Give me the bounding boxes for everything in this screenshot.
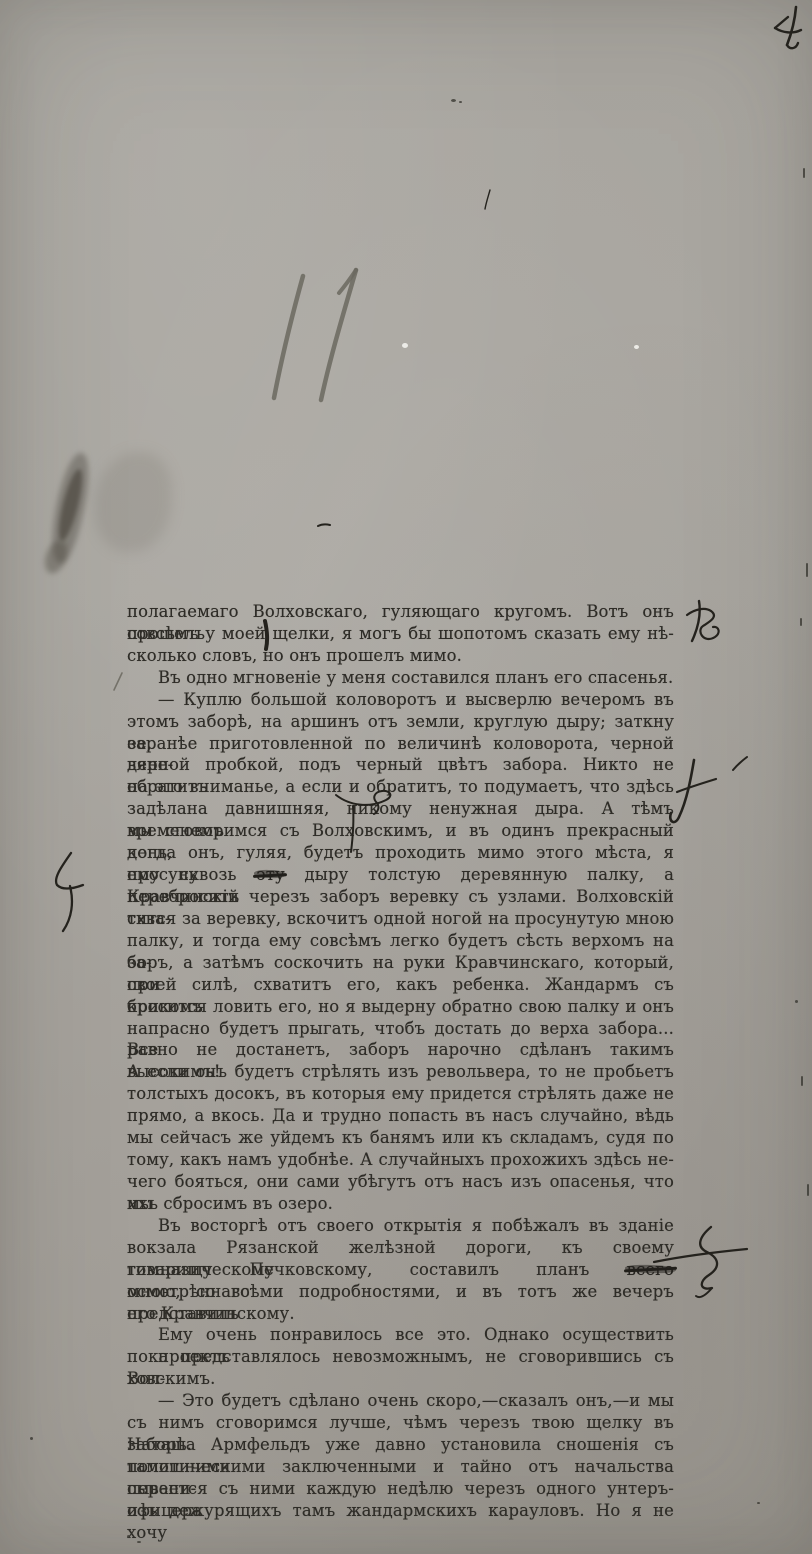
- scanned-document-page: { "annotations": { "corner_ink_number": …: [0, 0, 812, 1554]
- text-line: задѣлана давнишняя, никому ненужная дыра…: [127, 798, 674, 820]
- stray-slash-1: [485, 190, 490, 209]
- text-line: товарищу Печковскому, составилъ планъ вс…: [127, 1259, 674, 1281]
- text-run: сколько словъ, но онъ прошелъ мимо.: [127, 646, 462, 665]
- typeset-text-block: полагаемаго Волховскаго, гуляющаго круго…: [127, 601, 674, 1522]
- text-line: своей силѣ, схватитъ его, какъ ребенка. …: [127, 974, 674, 996]
- text-run: толстыхъ досокъ, въ которыя ему придется…: [127, 1084, 674, 1103]
- ink-smudge-core: [54, 467, 86, 542]
- edge-mark: [806, 563, 808, 577]
- text-line: Наташа Армфельдъ уже давно установила сн…: [127, 1434, 674, 1456]
- paper-fleck: [402, 343, 408, 348]
- text-line: совсѣмъ у моей щелки, я могъ бы шопотомъ…: [127, 623, 674, 645]
- text-run: товарищу Печковскому, составилъ планъ: [127, 1260, 627, 1279]
- text-run: тому, какъ намъ удобнѣе. А случайныхъ пр…: [127, 1150, 674, 1169]
- text-line: полагаемаго Волховскаго, гуляющаго круго…: [127, 601, 674, 623]
- corner-ink-number-7: [775, 7, 801, 48]
- text-run: тится за веревку, вскочитъ одной ногой н…: [127, 909, 674, 928]
- text-run: А если онъ будетъ стрѣлять изъ револьвер…: [127, 1062, 674, 1081]
- text-run: Въ восторгѣ отъ своего открытія я побѣжа…: [158, 1216, 674, 1235]
- text-line: Въ восторгѣ отъ своего открытія я побѣжа…: [127, 1215, 674, 1237]
- text-line: ховскимъ.: [127, 1368, 674, 1390]
- ink-speck: [757, 1502, 760, 1504]
- ink-speck: [30, 1437, 33, 1440]
- text-line: тому, какъ намъ удобнѣе. А случайныхъ пр…: [127, 1149, 674, 1171]
- text-run: совсѣмъ у моей щелки, я могъ бы шопотомъ…: [127, 624, 674, 643]
- edge-mark: [795, 1000, 798, 1003]
- scratched-out-word: эту: [256, 865, 284, 884]
- text-run: изъ дежурящихъ тамъ жандармскихъ карауло…: [127, 1501, 674, 1542]
- ink-speck: [459, 101, 462, 103]
- paper-fleck: [634, 345, 639, 349]
- pencil-page-number-11: [274, 270, 356, 400]
- text-run: ховскимъ.: [127, 1369, 215, 1388]
- text-line: равно не достанетъ, заборъ нарочно сдѣла…: [127, 1039, 674, 1061]
- text-line: чего бояться, они сами убѣгутъ отъ насъ …: [127, 1171, 674, 1193]
- text-line: сывается съ ними каждую недѣлю черезъ од…: [127, 1478, 674, 1500]
- edge-mark: [801, 1076, 803, 1086]
- text-line: мною, со всѣми подробностями, и въ тотъ …: [127, 1281, 674, 1303]
- edge-mark: [807, 1184, 809, 1196]
- ink-squiggle-left: [56, 853, 83, 931]
- edge-mark: [800, 618, 802, 626]
- text-run: прямо, а вкось. Да и трудно попасть въ н…: [127, 1106, 674, 1125]
- edge-mark: [803, 168, 805, 178]
- text-line: А если онъ будетъ стрѣлять изъ револьвер…: [127, 1061, 674, 1083]
- text-line: напрасно будетъ прыгать, чтобъ достать д…: [127, 1018, 674, 1040]
- text-run: его Кравчинскому.: [127, 1304, 295, 1323]
- stray-slash-2: [114, 673, 122, 690]
- text-line: сколько словъ, но онъ прошелъ мимо.: [127, 645, 674, 667]
- text-line: боръ, а затѣмъ соскочить на руки Кравчин…: [127, 952, 674, 974]
- text-line: политическими заключенными и тайно отъ н…: [127, 1456, 674, 1478]
- ink-four-right: [670, 757, 747, 822]
- text-line: изъ дежурящихъ тамъ жандармскихъ карауло…: [127, 1500, 674, 1522]
- text-run: — Это будетъ сдѣлано очень скоро,—сказал…: [158, 1391, 674, 1410]
- text-line: заранѣе приготовленной по величинѣ колов…: [127, 733, 674, 755]
- text-run: ему сквозь: [127, 865, 256, 884]
- text-line: ихъ сбросимъ въ озеро.: [127, 1193, 674, 1215]
- text-line: мы сейчасъ же уйдемъ къ банямъ или къ ск…: [127, 1127, 674, 1149]
- text-line: вянной пробкой, подъ черный цвѣтъ забора…: [127, 754, 674, 776]
- ink-smudge-tail: [41, 538, 71, 577]
- text-line: — Куплю большой коловоротъ и высверлю ве…: [127, 689, 674, 711]
- text-run: мы сейчасъ же уйдемъ къ банямъ или къ ск…: [127, 1128, 674, 1147]
- text-line: когда онъ, гуляя, будетъ проходить мимо …: [127, 842, 674, 864]
- text-line: Ему очень понравилось все это. Однако ос…: [127, 1324, 674, 1346]
- text-line: съ нимъ сговоримся лучше, чѣмъ черезъ тв…: [127, 1412, 674, 1434]
- text-run: ихъ сбросимъ въ озеро.: [127, 1194, 333, 1213]
- text-line: бросится ловить его, но я выдерну обратн…: [127, 996, 674, 1018]
- text-line: этомъ заборѣ, на аршинъ отъ земли, кругл…: [127, 711, 674, 733]
- scratched-out-word: всего: [627, 1260, 674, 1279]
- ink-flourish-right-upper: [687, 601, 719, 641]
- stray-dash: [318, 524, 330, 526]
- text-line: вокзала Рязанской желѣзной дороги, къ св…: [127, 1237, 674, 1259]
- text-run: бросится ловить его, но я выдерну обратн…: [127, 997, 674, 1016]
- text-run: — Куплю большой коловоротъ и высверлю ве…: [158, 690, 674, 709]
- text-line: прямо, а вкось. Да и трудно попасть въ н…: [127, 1105, 674, 1127]
- ink-smudge: [44, 450, 96, 565]
- text-line: переброситъ черезъ заборъ веревку съ узл…: [127, 886, 674, 908]
- text-line: мы сговоримся съ Волховскимъ, и въ одинъ…: [127, 820, 674, 842]
- text-line: его Кравчинскому.: [127, 1303, 674, 1325]
- text-line: ему сквозь эту дыру толстую деревянную п…: [127, 864, 674, 886]
- text-run: Въ одно мгновеніе у меня составился план…: [158, 668, 673, 687]
- text-line: — Это будетъ сдѣлано очень скоро,—сказал…: [127, 1390, 674, 1412]
- text-run: на это вниманье, а если и обратитъ, то п…: [127, 777, 674, 796]
- ink-smudge-halo: [94, 452, 172, 552]
- text-line: пока представлялось невозможнымъ, не сго…: [127, 1346, 674, 1368]
- text-line: палку, и тогда ему совсѣмъ легко будетъ …: [127, 930, 674, 952]
- text-line: на это вниманье, а если и обратитъ, то п…: [127, 776, 674, 798]
- text-line: толстыхъ досокъ, въ которыя ему придется…: [127, 1083, 674, 1105]
- text-line: Въ одно мгновеніе у меня составился план…: [127, 667, 674, 689]
- ink-speck: [451, 99, 456, 102]
- text-line: тится за веревку, вскочитъ одной ногой н…: [127, 908, 674, 930]
